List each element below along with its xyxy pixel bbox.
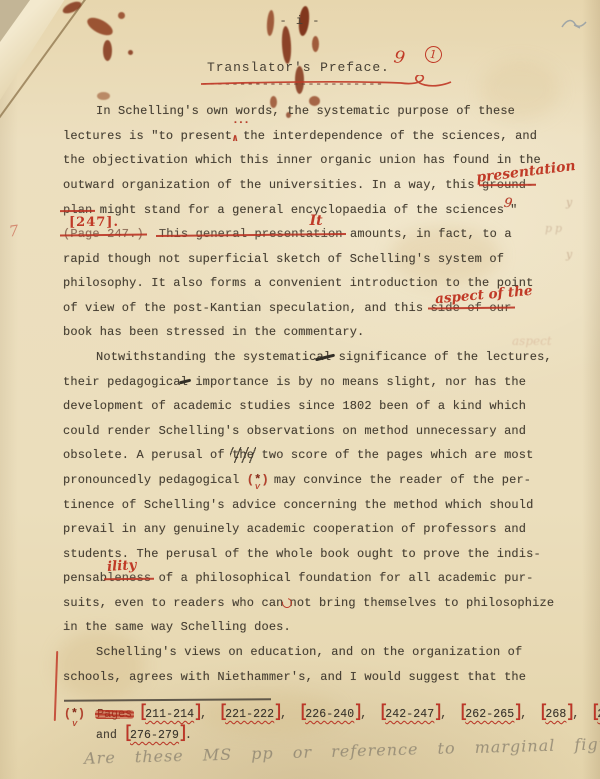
typed-line: rapid though not superficial sketch of S… bbox=[63, 252, 554, 277]
stain bbox=[97, 92, 110, 100]
left-margin-mark: 7 bbox=[8, 221, 20, 240]
delete-mark-icon: 9 bbox=[393, 47, 408, 69]
bleedthrough-mark: y bbox=[566, 248, 572, 261]
blue-pencil-mark-icon bbox=[560, 16, 590, 32]
edited-text: This general presentationIt bbox=[159, 227, 343, 241]
asterisk-reference-mark: (*)v bbox=[64, 705, 85, 725]
page-reference: [221-222] bbox=[219, 704, 280, 725]
manuscript-page: - i - Translator's Preface. 9 1 --------… bbox=[0, 0, 600, 779]
handwritten-insertion: [247]. bbox=[69, 215, 119, 230]
typed-line: Schelling's views on education, and on t… bbox=[63, 645, 554, 670]
typed-line: pronouncedly pedagogical (*)vmay convinc… bbox=[63, 473, 554, 498]
typed-line: obsolete. A perusal of the two score of … bbox=[63, 448, 554, 473]
typed-line: could render Schelling's observations on… bbox=[63, 424, 554, 449]
stain bbox=[103, 40, 112, 61]
typed-body: In Schelling's own words, the systematic… bbox=[63, 104, 554, 694]
page-reference: [226-240] bbox=[299, 704, 360, 725]
handwritten-insertion: It bbox=[310, 213, 323, 229]
page-reference: [271] bbox=[591, 704, 600, 725]
typed-line: schools, agrees with Niethammer's, and I… bbox=[63, 670, 554, 695]
page-reference: [211-214] bbox=[139, 704, 200, 725]
typed-line: book has been stressed in the commentary… bbox=[63, 325, 554, 350]
delete-mark-icon: 9 bbox=[503, 196, 511, 212]
edited-text: (Page 247.)[247]. bbox=[63, 227, 144, 241]
typed-line: In Schelling's own words, the systematic… bbox=[63, 104, 554, 129]
typed-line: Notwithstanding the systematical signifi… bbox=[63, 350, 554, 375]
stain bbox=[281, 26, 292, 64]
page-title: Translator's Preface. bbox=[207, 60, 390, 75]
edited-text: lenessility bbox=[107, 571, 151, 585]
bleedthrough-mark: aspect bbox=[512, 334, 552, 348]
typed-line: of view of the post-Kantian speculation,… bbox=[63, 301, 554, 326]
edited-text: ground-presentation bbox=[482, 178, 533, 192]
footnote-line: (*)v Pages [211-214], [221-222], [226-24… bbox=[64, 704, 600, 725]
stain bbox=[312, 36, 319, 52]
typed-line: their pedagogical importance is by no me… bbox=[63, 375, 554, 400]
circled-number-annotation: 1 bbox=[423, 44, 444, 65]
page-reference: [262-265] bbox=[459, 704, 520, 725]
page-title-block: Translator's Preface. 9 1 bbox=[207, 60, 390, 75]
bleedthrough-mark: pp bbox=[545, 222, 565, 235]
scribbled-out-word: Pages bbox=[97, 708, 132, 721]
red-strike-squiggle-icon bbox=[199, 75, 467, 95]
title-underline: ------------------------ bbox=[201, 77, 456, 91]
struck-text: al bbox=[317, 350, 332, 364]
typed-over-text: the bbox=[232, 448, 254, 462]
page-number: - i - bbox=[0, 14, 600, 28]
typed-line: prevail in any genuinely academic cooper… bbox=[63, 522, 554, 547]
page-reference: [268] bbox=[539, 704, 572, 725]
typed-line: outward organization of the universities… bbox=[63, 178, 554, 203]
typed-line: development of academic studies since 18… bbox=[63, 399, 554, 424]
asterisk-reference-mark: (*)v bbox=[247, 473, 269, 487]
struck-text: l bbox=[181, 375, 188, 389]
typed-line: in the same way Schelling does. bbox=[63, 620, 554, 645]
typed-line: (Page 247.)[247].This general presentati… bbox=[63, 227, 554, 252]
bleedthrough-mark: y bbox=[566, 196, 572, 209]
stain bbox=[128, 50, 133, 55]
edited-text: side of ouraspect of the bbox=[431, 301, 512, 315]
insertion-caret-icon: ...∧ bbox=[232, 129, 243, 139]
struck-text: This general presentation bbox=[159, 227, 343, 241]
page-reference: [242-247] bbox=[379, 704, 440, 725]
handwritten-insertion: ility bbox=[107, 557, 138, 575]
page-reference: [276-279] bbox=[124, 725, 185, 746]
typed-line: pensablenessility of a philosophical fou… bbox=[63, 571, 554, 596]
typed-line: lectures is "to present...∧the interdepe… bbox=[63, 129, 554, 154]
typed-line: suits, even to readers who cannot bring … bbox=[63, 596, 554, 621]
typed-line: tinence of Schelling's advice concerning… bbox=[63, 498, 554, 523]
